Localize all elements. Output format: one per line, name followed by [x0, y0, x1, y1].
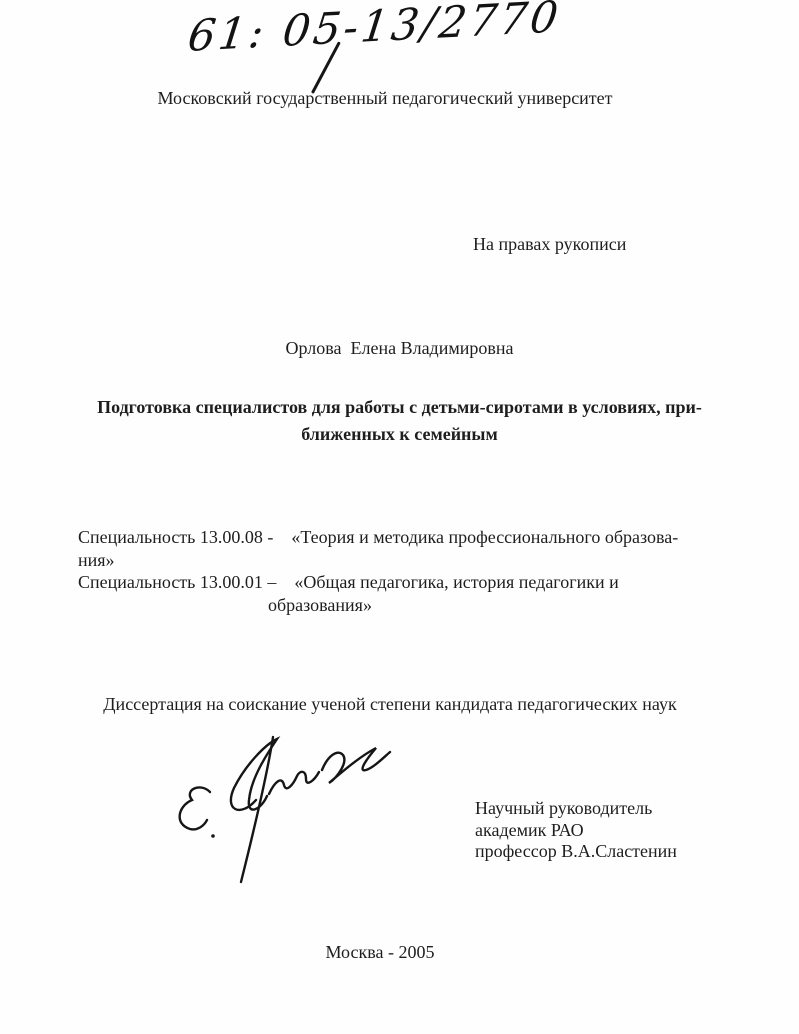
specialty-1-line2: ния» — [78, 549, 718, 572]
dissertation-title-line2: ближенных к семейным — [40, 421, 759, 448]
handwritten-catalog-number: 61: 05-13/2770 — [185, 0, 563, 62]
specialty-2-line2: образования» — [268, 594, 718, 617]
specialty-1-line1: Специальность 13.00.08 - «Теория и метод… — [78, 526, 718, 549]
manuscript-rights-note: На правах рукописи — [473, 234, 626, 255]
supervisor-role: Научный руководитель — [475, 798, 677, 820]
supervisor-name: профессор В.А.Сластенин — [475, 841, 677, 863]
author-name: Орлова Елена Владимировна — [0, 338, 799, 359]
dissertation-title-page: 61: 05-13/2770 Московский государственны… — [0, 0, 799, 1034]
supervisor-block: Научный руководитель академик РАО профес… — [475, 798, 677, 863]
specialty-2-line1: Специальность 13.00.01 – «Общая педагоги… — [78, 571, 718, 594]
handwritten-signature-icon — [166, 726, 396, 896]
supervisor-rank: академик РАО — [475, 820, 677, 842]
dissertation-title-line1: Подготовка специалистов для работы с дет… — [40, 394, 759, 421]
university-name: Московский государственный педагогически… — [0, 88, 770, 109]
specialties-block: Специальность 13.00.08 - «Теория и метод… — [78, 526, 718, 616]
city-year: Москва - 2005 — [0, 942, 760, 963]
dissertation-title: Подготовка специалистов для работы с дет… — [40, 394, 759, 448]
dissertation-statement: Диссертация на соискание ученой степени … — [0, 694, 780, 715]
